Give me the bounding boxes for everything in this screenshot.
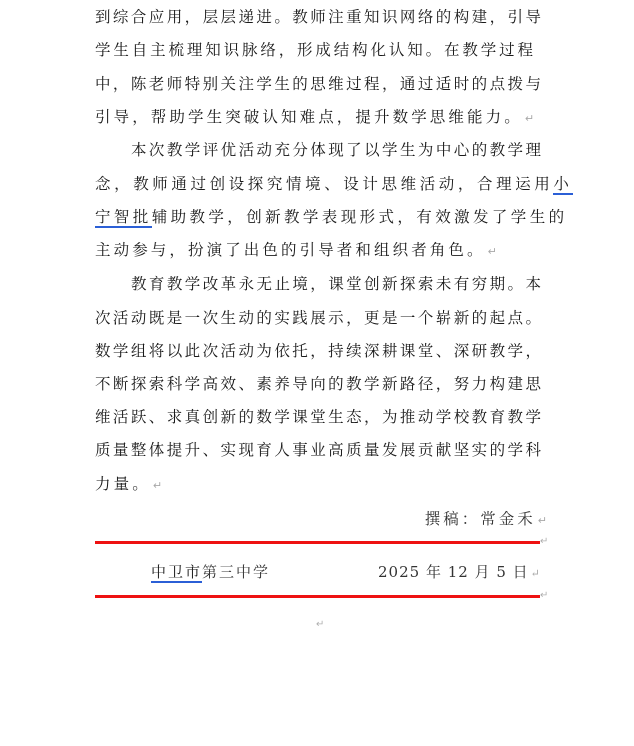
paragraph-mark-icon: ↵	[538, 514, 547, 527]
paragraph-mark-icon: ↵	[488, 245, 497, 258]
paragraph-mark-icon: ↵	[153, 479, 162, 492]
line-text: 念，教师通过创设探究情境、设计思维活动，合理运用	[95, 175, 553, 193]
line-text: 力量。	[95, 475, 151, 493]
text-line: 次活动既是一次生动的实践展示，更是一个崭新的起点。	[95, 308, 541, 328]
text-line: 不断探索科学高效、素养导向的教学新路径，努力构建思	[95, 374, 541, 394]
text-line: 学生自主梳理知识脉络，形成结构化认知。在教学过程	[95, 40, 533, 60]
text-line: 维活跃、求真创新的数学课堂生态，为推动学校教育教学	[95, 407, 541, 427]
text-line: 中，陈老师特别关注学生的思维过程，通过适时的点拨与	[95, 74, 541, 94]
app-link-xiaoning[interactable]: 小	[553, 175, 572, 195]
paragraph-mark-icon: ↵	[525, 112, 534, 125]
document-page: 到综合应用，层层递进。教师注重知识网络的构建，引导 学生自主梳理知识脉络，形成结…	[0, 0, 634, 746]
text-line: 念，教师通过创设探究情境、设计思维活动，合理运用小	[95, 174, 541, 194]
text-line: 力量。↵	[95, 474, 541, 494]
text-line: 数学组将以此次活动为依托，持续深耕课堂、深研教学，	[95, 341, 541, 361]
line-text: 辅助教学，创新教学表现形式，有效激发了学生的	[152, 208, 568, 226]
text-line: 质量整体提升、实现育人事业高质量发展贡献坚实的学科	[95, 440, 541, 460]
author-line: 撰稿：常金禾↵	[425, 507, 547, 529]
line-text: 引导，帮助学生突破认知难点，提升数学思维能力。	[95, 108, 523, 126]
text-line: 本次教学评优活动充分体现了以学生为中心的教学理	[131, 140, 541, 160]
text-line: 到综合应用，层层递进。教师注重知识网络的构建，引导	[95, 7, 541, 27]
text-line: 教育教学改革永无止境，课堂创新探索未有穷期。本	[131, 274, 541, 294]
text-line: 宁智批辅助教学，创新教学表现形式，有效激发了学生的	[95, 207, 541, 227]
app-link-xiaoning[interactable]: 宁智批	[95, 208, 152, 228]
red-rule-bottom	[95, 595, 540, 598]
paragraph-mark-icon: ↵	[540, 536, 548, 547]
publish-date: 2025 年 12 月 5 日↵	[378, 561, 540, 582]
text-line: 主动参与，扮演了出色的引导者和组织者角色。↵	[95, 240, 541, 260]
author-text: 撰稿：常金禾	[425, 510, 536, 528]
date-text: 2025 年 12 月 5 日	[378, 563, 529, 581]
line-text: 主动参与，扮演了出色的引导者和组织者角色。	[95, 241, 486, 259]
school-link[interactable]: 中卫市	[151, 563, 202, 583]
paragraph-mark-icon: ↵	[531, 567, 540, 580]
paragraph-mark-icon: ↵	[316, 619, 324, 630]
school-name-rest: 第三中学	[202, 563, 270, 581]
paragraph-mark-icon: ↵	[540, 590, 548, 601]
school-name: 中卫市第三中学	[151, 561, 270, 582]
text-line: 引导，帮助学生突破认知难点，提升数学思维能力。↵	[95, 107, 541, 127]
red-rule-top	[95, 541, 540, 544]
